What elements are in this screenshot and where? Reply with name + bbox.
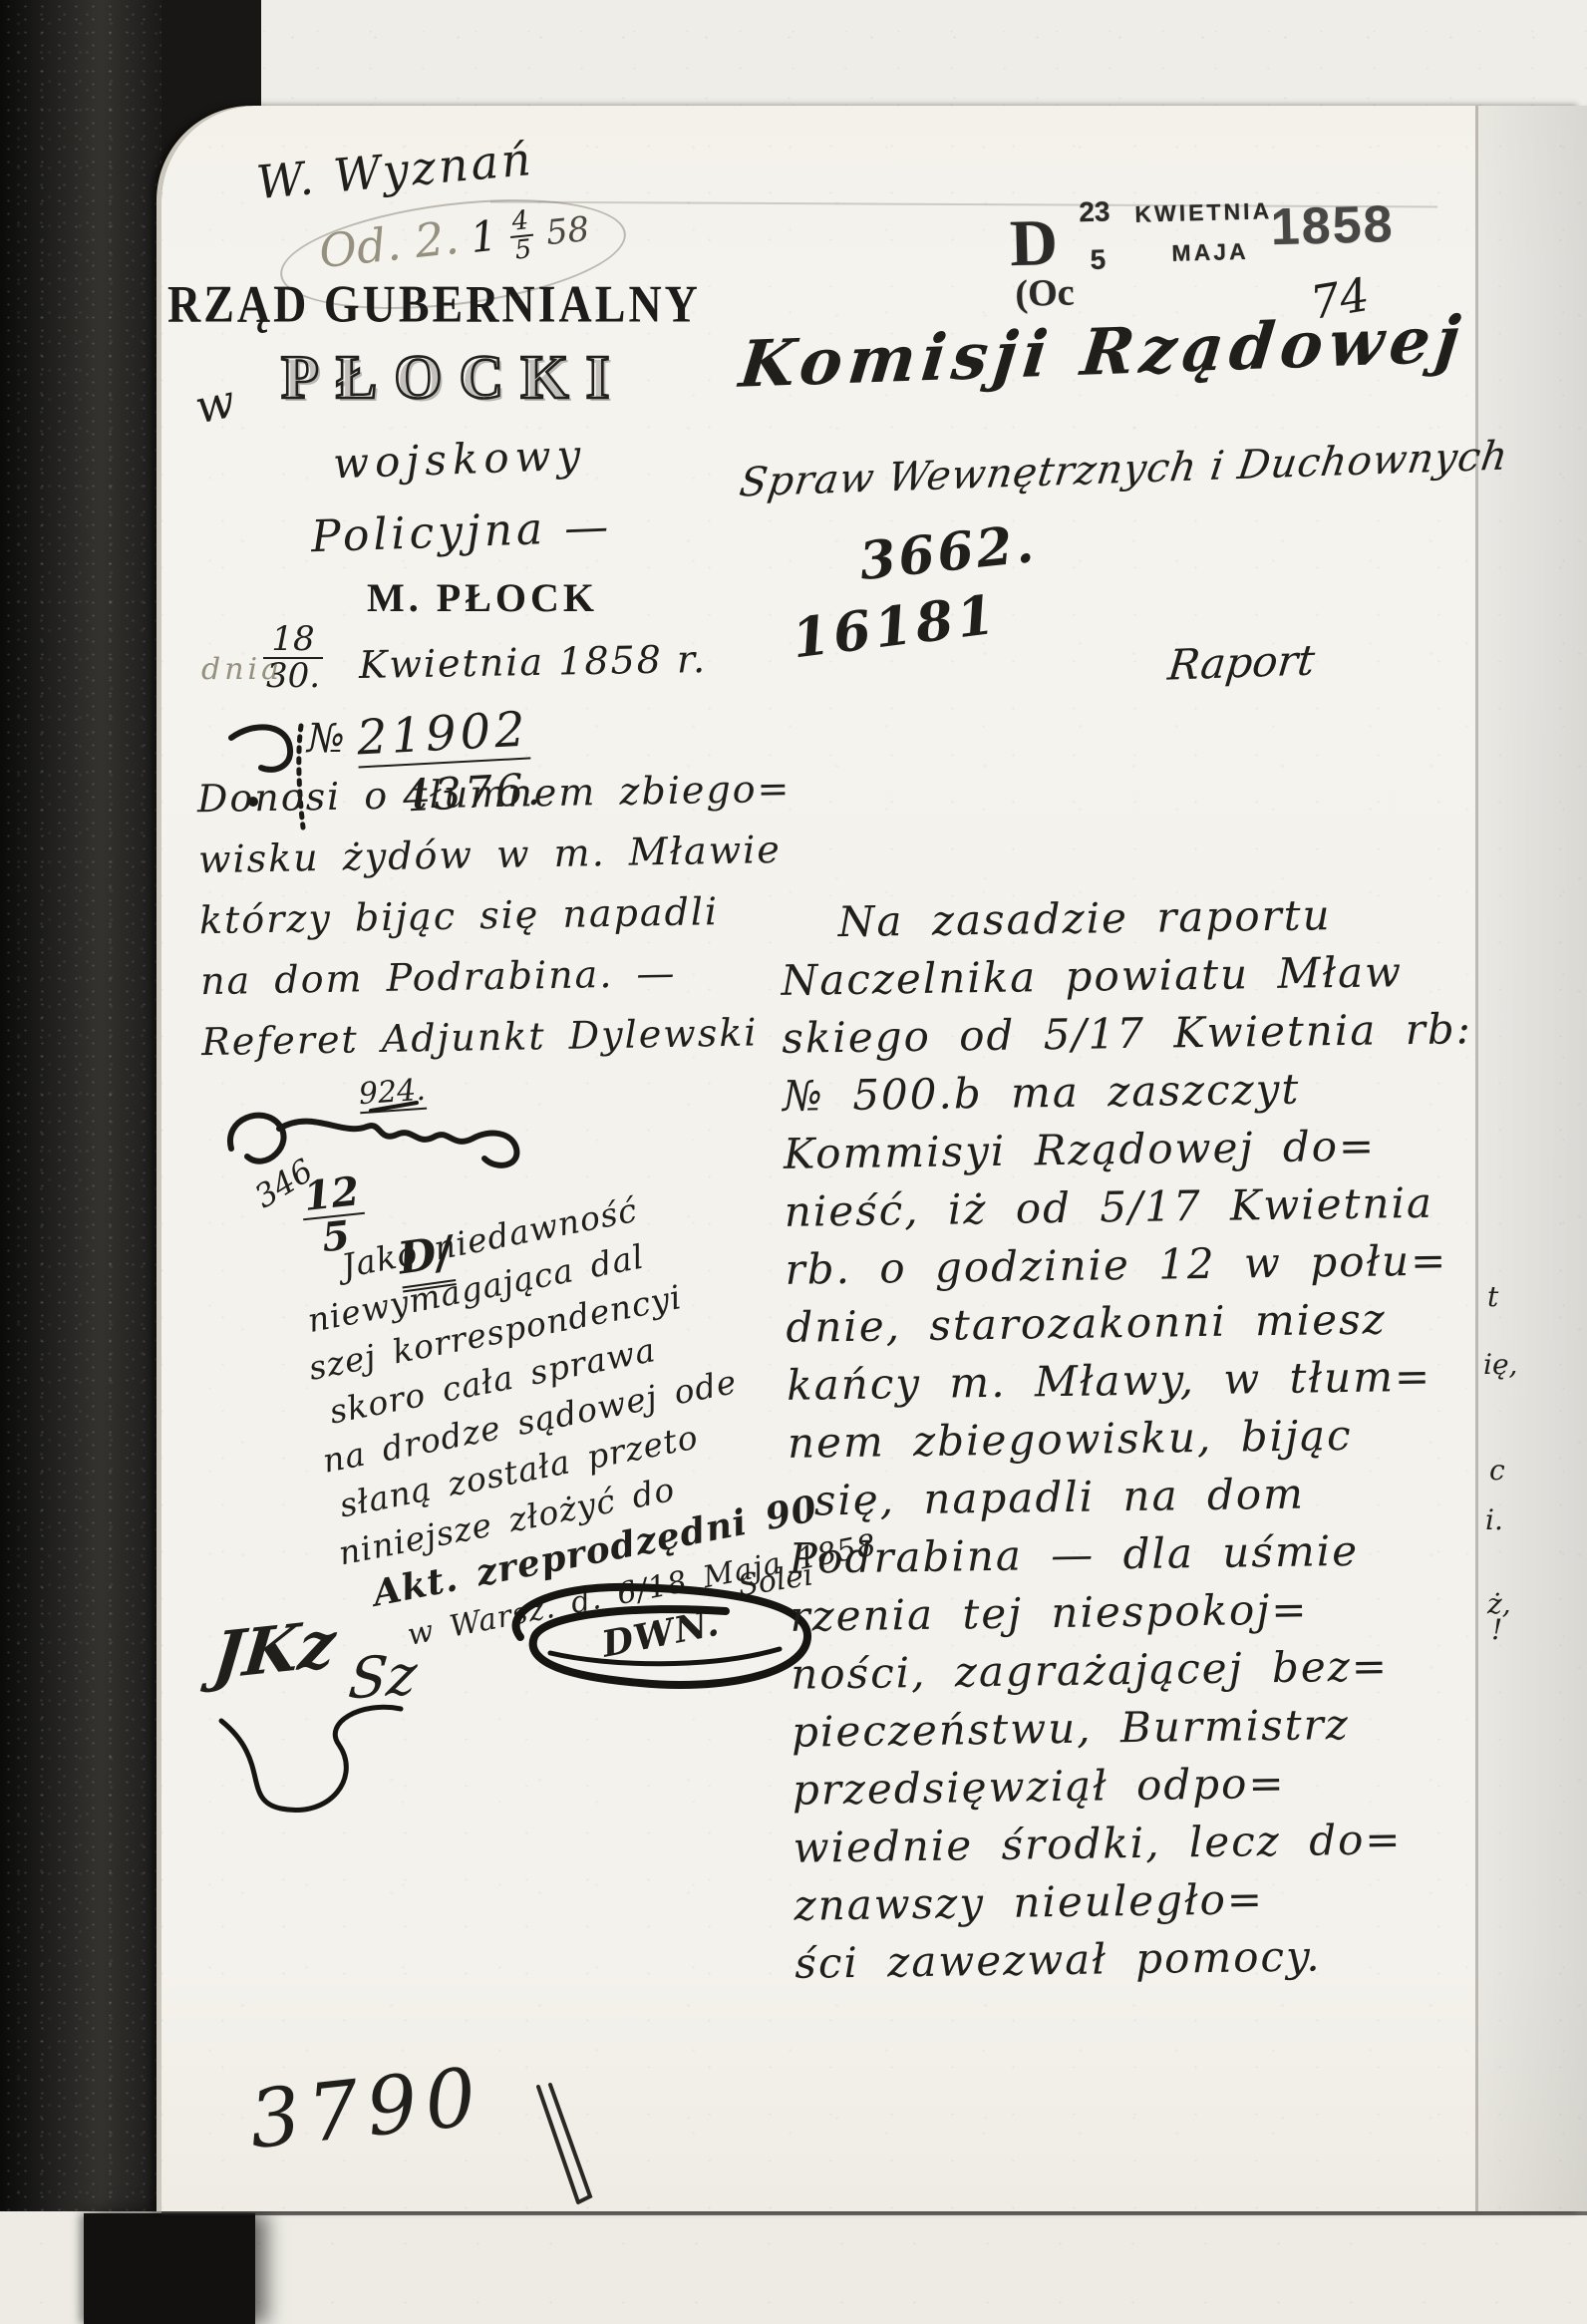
date-rest: Kwietnia 1858 r. [359,637,708,687]
book-gutter [0,0,161,2211]
addressee-subtitle: Spraw Wewnętrznych i Duchownych [737,433,1511,505]
margin-ink-fragment: t [1487,1280,1498,1313]
body-line: skiego od 5/17 Kwietnia rb: [782,1000,1472,1068]
letterhead-dept-1: wojskowy [332,431,587,489]
body-line: dnie, starozakonni miesz [786,1289,1476,1357]
corner-fold-mark [520,2085,650,2209]
stamp-day-2: 5 [1090,244,1106,276]
body-line: Podrabina — dla uśmie [789,1520,1479,1588]
body-line: nieść, iż od 5/17 Kwietnia [784,1173,1474,1241]
body-line: ności, zagrażającej bez= [791,1636,1481,1704]
report-body: Na zasadzie raportu Naczelnika powiatu M… [780,884,1485,1993]
left-summary: Donosi o tłumnem zbiego= wisku żydów w m… [196,759,795,1073]
margin-ink-fragment: i. [1485,1503,1503,1536]
code-post: 58 [544,209,591,253]
stamp-letter-oc: (Oc [1015,270,1075,316]
code-fraction: 4 5 [507,207,535,264]
cover-shadow-block [84,2213,255,2324]
scanned-archival-document: { "document": { "top_left_note": { "line… [0,0,1587,2324]
routing-note-department: W. Wyznań [254,132,535,209]
date-fraction: 18 30. [263,622,323,693]
body-line: przedsięwziął odpo= [792,1752,1482,1820]
summary-line: którzy bijąc się napadli [199,880,794,951]
number-sign: № [307,716,345,762]
document-paper: W. Wyznań Od. 2. 1 4 5 58 RZĄD GUBERNIAL… [161,106,1587,2211]
registry-number-2: 16181 [789,582,1002,671]
body-line: № 500.b ma zaszczyt [783,1058,1473,1126]
margin-ink-fragment: c [1489,1454,1505,1487]
body-line: nem zbiegowisku, bijąc [788,1405,1478,1473]
stamp-month-2: MAJA [1171,238,1249,267]
margin-ink-fragment: ię, [1483,1348,1517,1381]
body-line: rb. o godzinie 12 w połu= [785,1231,1475,1299]
summary-line: na dom Podrabina. — [200,941,795,1012]
body-line: Kommisyi Rządowej do= [784,1116,1474,1183]
body-line: rzenia tej niespokoj= [790,1578,1480,1646]
letterhead-city: M. PŁOCK [367,574,598,621]
summary-line: Referet Adjunkt Dylewski [201,1002,796,1073]
stamp-year: 1858 [1270,194,1395,257]
signature-oval-flourish [490,1541,819,1721]
summary-line: Donosi o tłumnem zbiego= [196,759,792,830]
paraph-underline-flourish [211,1681,471,1821]
letterhead-dept-2: Policyjna — [310,501,613,563]
margin-ink-fragment: ! [1491,1613,1502,1646]
body-line: pieczeństwu, Burmistrz [792,1694,1482,1762]
code-pre: 1 [468,211,499,263]
number-top: 21902 [356,702,531,769]
stamp-month-1: KWIETNIA [1134,197,1272,228]
body-line: znawszy nieuległo= [793,1867,1484,1935]
summary-line: wisku żydów w m. Mławie [197,820,793,890]
body-line: kańcy m. Mławy, w tłum= [787,1347,1477,1415]
doc-type-label: Raport [1165,635,1317,689]
body-line: wiednie środki, lecz do= [793,1810,1483,1877]
addressee-title: Komisji Rządowej [736,302,1469,403]
page-fold-shade [1478,106,1587,2211]
body-line: się, napadli na dom [788,1463,1478,1530]
registry-number-1: 3662. [856,513,1039,592]
folio-number: 3790 [245,2050,488,2166]
body-line: Naczelnika powiatu Mław [781,942,1471,1010]
stamp-day-1: 23 [1079,195,1111,228]
letterhead-line2: PŁOCKI [281,343,627,414]
body-line: Na zasadzie raportu [780,884,1470,952]
letterhead-line1: RZĄD GUBERNIALNY [167,273,701,334]
body-line: ści zawezwał pomocy. [794,1925,1485,1993]
margin-w-mark: w [190,373,240,434]
